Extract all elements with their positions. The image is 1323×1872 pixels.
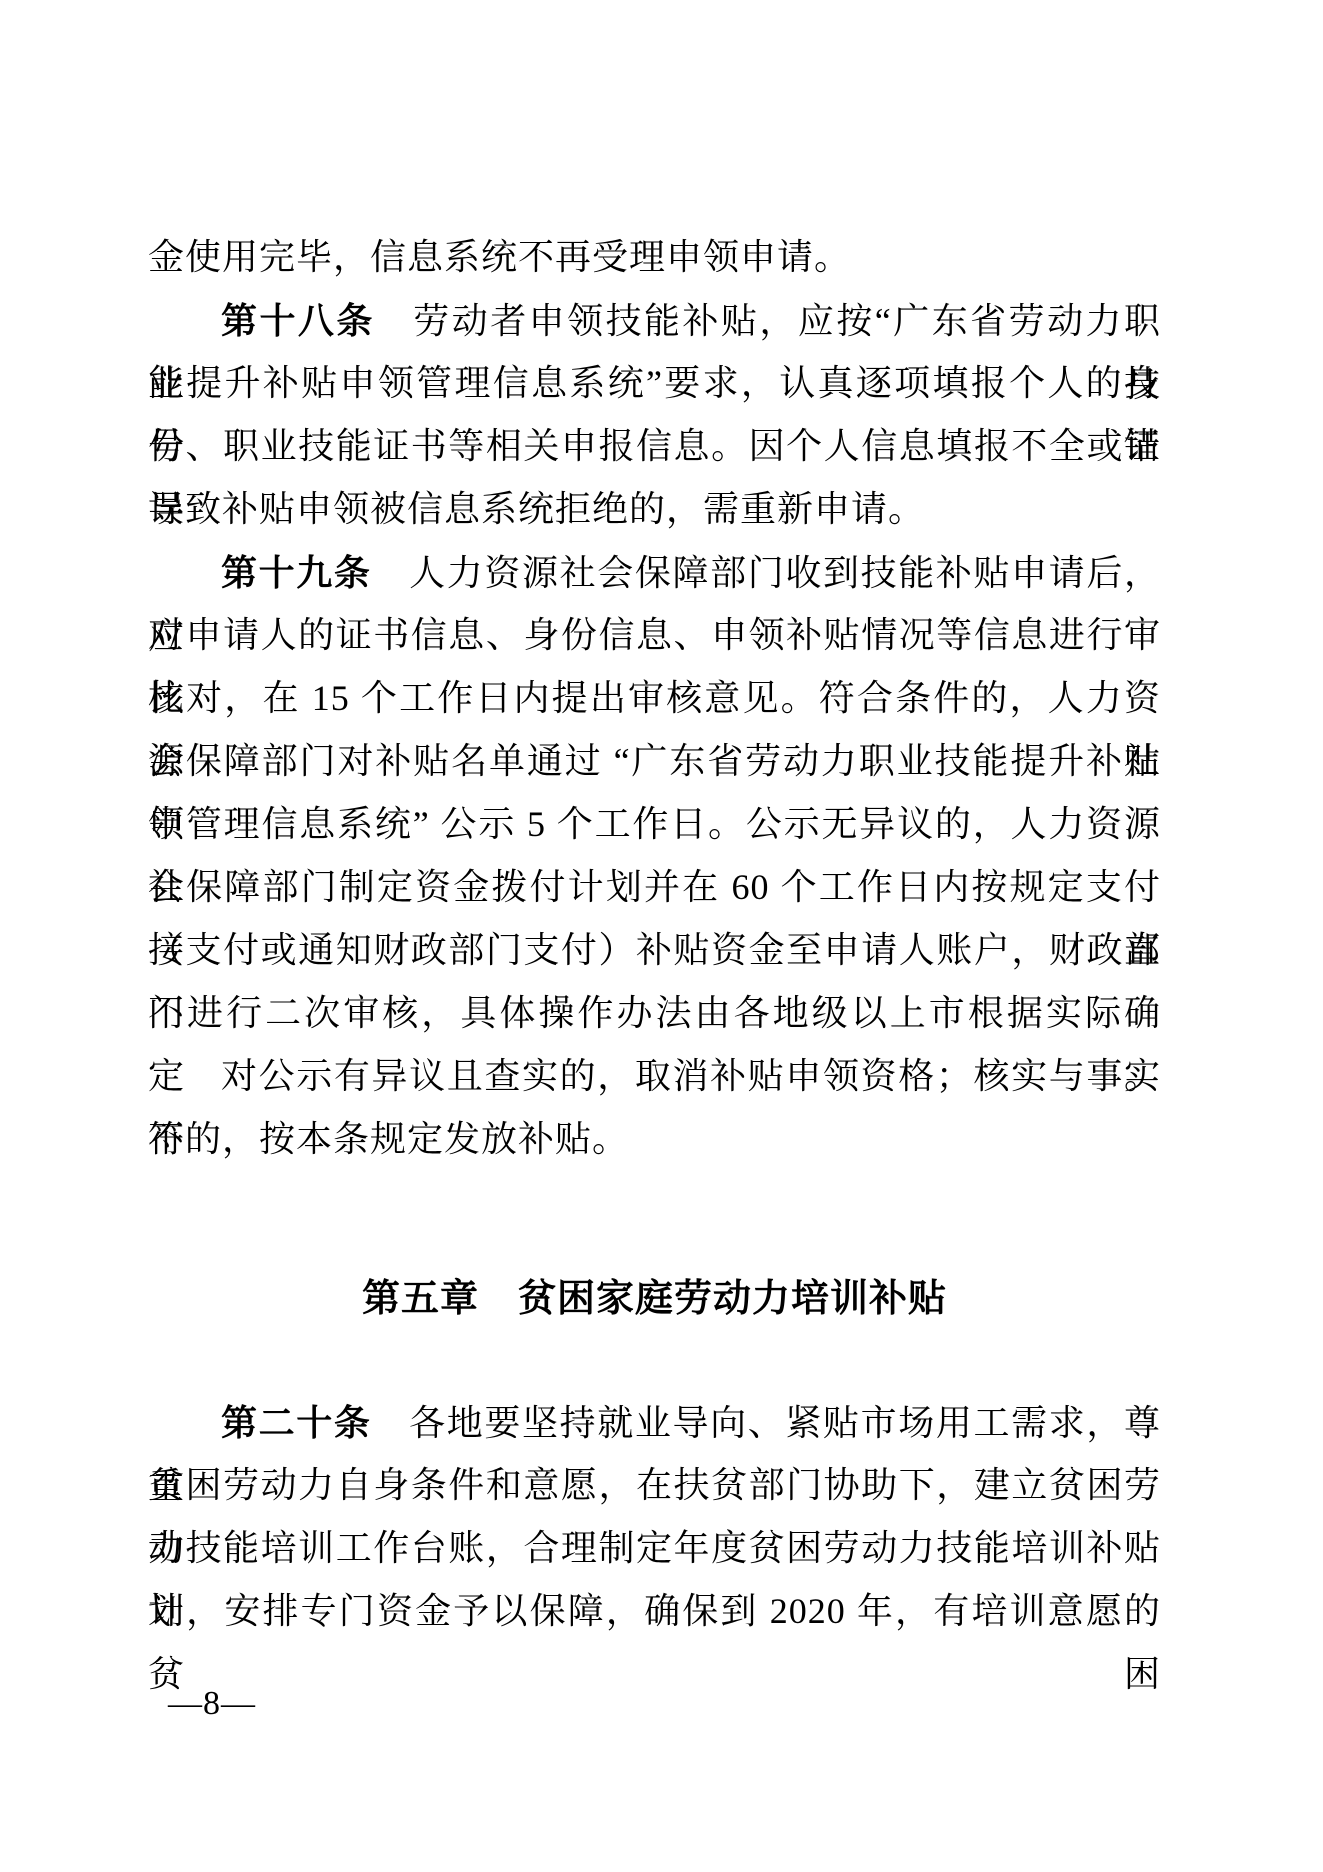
text-line: 号、职业技能证书等相关申报信息。因个人信息填报不全或错误	[148, 415, 1161, 478]
text-line: 第十八条 劳动者申领技能补贴，应按“广东省劳动力职业技	[148, 289, 1161, 352]
article-number: 第二十条	[221, 1402, 372, 1443]
text-line: 力技能培训工作台账，合理制定年度贫困劳动力技能培训补贴计	[148, 1517, 1161, 1580]
text-segment: 划，安排专门资金予以保障，确保到 2020 年，有培训意愿的贫困	[148, 1591, 1161, 1694]
text-segment: 金使用完毕，信息系统不再受理申领申请。	[148, 237, 851, 277]
article-number: 第十八条	[221, 300, 375, 341]
text-line: 贫困劳动力自身条件和意愿，在扶贫部门协助下，建立贫困劳动	[148, 1454, 1161, 1517]
text-line: 第十九条 人力资源社会保障部门收到技能补贴申请后，应	[148, 541, 1161, 604]
document-page: 金使用完毕，信息系统不再受理申领申请。第十八条 劳动者申领技能补贴，应按“广东省…	[0, 0, 1323, 1872]
text-line: 第二十条 各地要坚持就业导向、紧贴市场用工需求，尊重	[148, 1391, 1161, 1454]
text-line: 比对，在 15 个工作日内提出审核意见。符合条件的，人力资源社	[148, 667, 1161, 730]
text-line: 符的，按本条规定发放补贴。	[148, 1108, 1161, 1171]
text-segment: 导致补贴申领被信息系统拒绝的，需重新申请。	[148, 489, 925, 529]
document-body: 金使用完毕，信息系统不再受理申领申请。第十八条 劳动者申领技能补贴，应按“广东省…	[148, 226, 1161, 1643]
text-line: 会保障部门对补贴名单通过 “广东省劳动力职业技能提升补贴申	[148, 730, 1161, 793]
text-line: 接支付或通知财政部门支付）补贴资金至申请人账户，财政部门	[148, 919, 1161, 982]
text-line: 不进行二次审核，具体操作办法由各地级以上市根据实际确定。	[148, 982, 1161, 1045]
chapter-heading: 第五章 贫困家庭劳动力培训补贴	[148, 1268, 1161, 1331]
text-line: 导致补贴申领被信息系统拒绝的，需重新申请。	[148, 478, 1161, 541]
text-line: 领管理信息系统” 公示 5 个工作日。公示无异议的，人力资源社	[148, 793, 1161, 856]
text-segment: 符的，按本条规定发放补贴。	[148, 1119, 629, 1159]
text-line: 金使用完毕，信息系统不再受理申领申请。	[148, 226, 1161, 289]
text-line: 对公示有异议且查实的，取消补贴申领资格；核实与事实不	[148, 1045, 1161, 1108]
chapter-heading-text: 第五章 贫困家庭劳动力培训补贴	[362, 1278, 947, 1320]
text-line: 能提升补贴申领管理信息系统”要求，认真逐项填报个人的身份证	[148, 352, 1161, 415]
text-line: 划，安排专门资金予以保障，确保到 2020 年，有培训意愿的贫困	[148, 1580, 1161, 1643]
article-number: 第十九条	[221, 552, 372, 593]
page-number: —8—	[168, 1680, 256, 1728]
text-line: 对申请人的证书信息、身份信息、申领补贴情况等信息进行审核	[148, 604, 1161, 667]
text-line: 会保障部门制定资金拨付计划并在 60 个工作日内按规定支付（直	[148, 856, 1161, 919]
